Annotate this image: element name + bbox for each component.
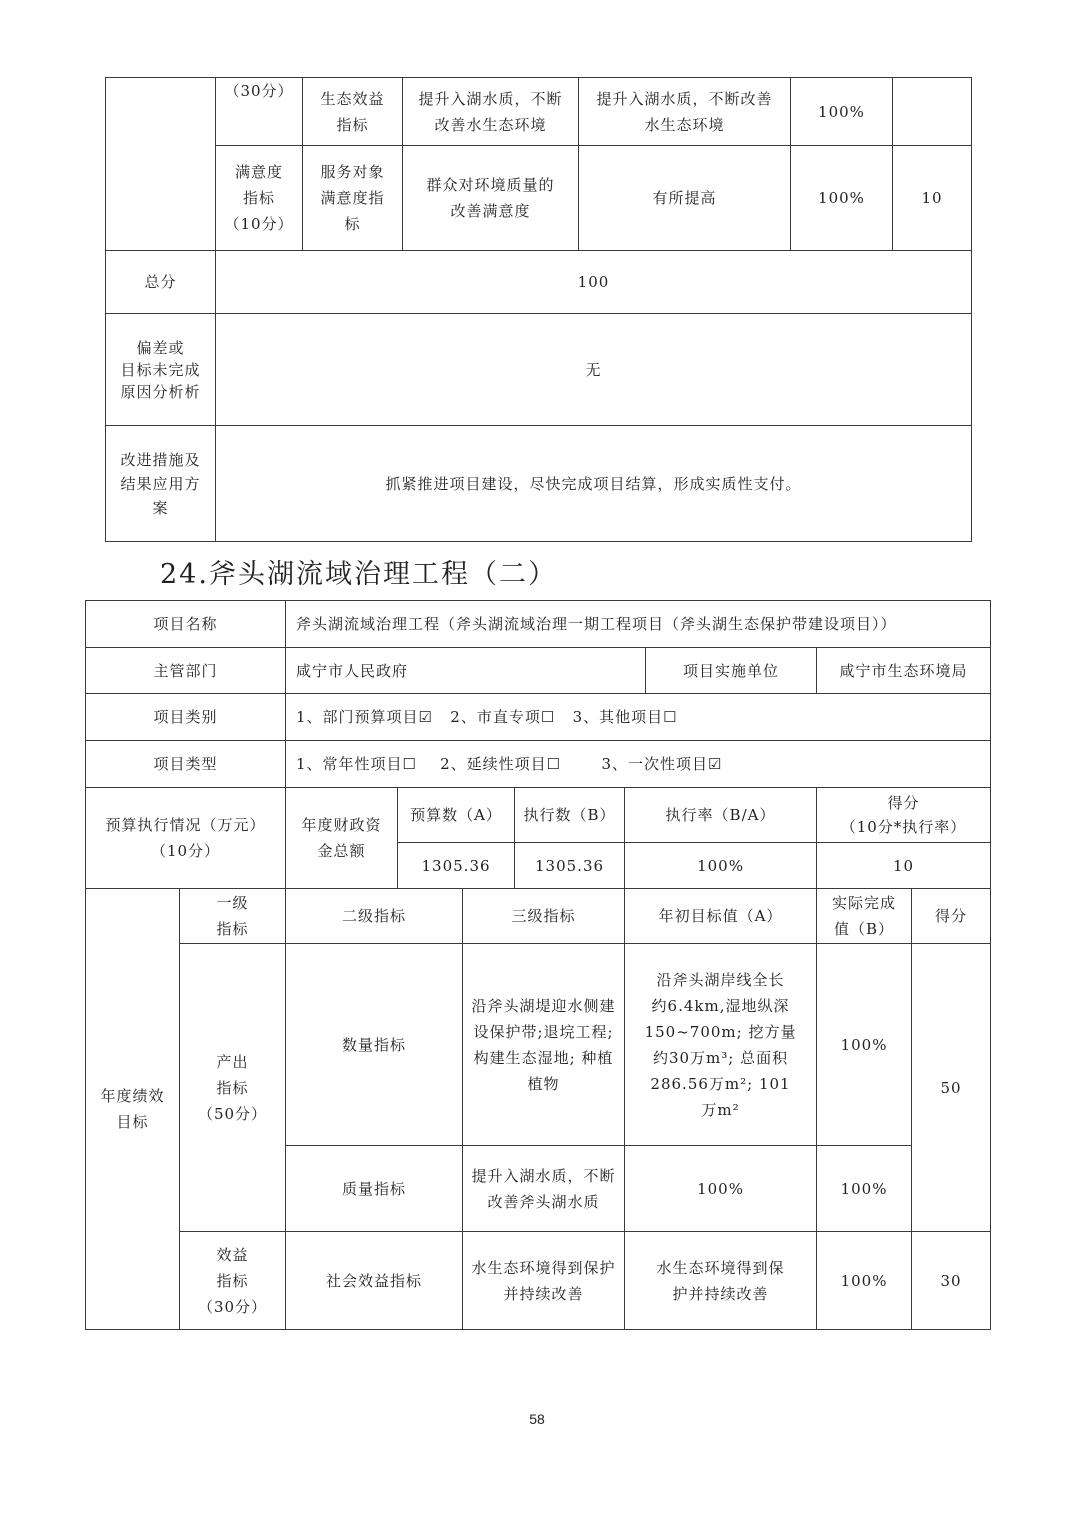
- project-name-label: 项目名称: [86, 601, 286, 648]
- budget-label: 预算执行情况（万元） （10分）: [86, 788, 286, 889]
- category-label: 项目类别: [86, 694, 286, 741]
- fund-total-label: 年度财政资 金总额: [286, 788, 398, 889]
- perf-header-actual: 实际完成 值（B）: [817, 889, 912, 944]
- category-value: 1、部门预算项目☑ 2、市直专项☐ 3、其他项目☐: [286, 694, 991, 741]
- budget-value-score: 10: [817, 843, 991, 889]
- quantity-level2: 数量指标: [286, 944, 463, 1146]
- quantity-target: 沿斧头湖岸线全长 约6.4km,湿地纵深 150~700m; 挖方量 约30万m…: [625, 944, 817, 1146]
- actual-cell: 100%: [791, 78, 893, 146]
- level1-benefit-cont: （30分）: [216, 78, 303, 146]
- section-heading: 24.斧头湖流域治理工程（二）: [160, 552, 557, 591]
- total-value: 100: [216, 251, 972, 314]
- budget-header-rate: 执行率（B/A）: [625, 788, 817, 843]
- annual-perf-label: 年度绩效 目标: [86, 889, 180, 1330]
- social-level2: 社会效益指标: [286, 1232, 463, 1330]
- quality-target: 100%: [625, 1146, 817, 1232]
- social-score: 30: [912, 1232, 991, 1330]
- perf-header-level3: 三级指标: [463, 889, 625, 944]
- budget-header-score: 得分 （10分*执行率）: [817, 788, 991, 843]
- dept-value: 咸宁市人民政府: [286, 648, 646, 694]
- page-number: 58: [0, 1411, 1074, 1427]
- blank-cell: [106, 78, 216, 251]
- quality-actual: 100%: [817, 1146, 912, 1232]
- budget-header-a: 预算数（A）: [398, 788, 515, 843]
- perf-header-level2: 二级指标: [286, 889, 463, 944]
- deviation-value: 无: [216, 314, 972, 426]
- quantity-actual: 100%: [817, 944, 912, 1146]
- budget-value-rate: 100%: [625, 843, 817, 889]
- dept-label: 主管部门: [86, 648, 286, 694]
- improvement-label: 改进措施及 结果应用方 案: [106, 426, 216, 542]
- actual-cell: 100%: [791, 146, 893, 251]
- impl-unit-label: 项目实施单位: [646, 648, 817, 694]
- performance-table-continued: （30分） 生态效益 指标 提升入湖水质，不断 改善水生态环境 提升入湖水质，不…: [105, 77, 972, 542]
- target-cell: 有所提高: [579, 146, 791, 251]
- deviation-label: 偏差或 目标未完成 原因分析析: [106, 314, 216, 426]
- impl-unit-value: 咸宁市生态环境局: [817, 648, 991, 694]
- type-label: 项目类型: [86, 741, 286, 788]
- perf-header-level1: 一级 指标: [180, 889, 286, 944]
- level2-cell: 生态效益 指标: [303, 78, 403, 146]
- social-actual: 100%: [817, 1232, 912, 1330]
- project-name-value: 斧头湖流域治理工程（斧头湖流域治理一期工程项目（斧头湖生态保护带建设项目））: [286, 601, 991, 648]
- level3-cell: 提升入湖水质，不断 改善水生态环境: [403, 78, 579, 146]
- output-score: 50: [912, 944, 991, 1232]
- benefit-indicator-label: 效益 指标 （30分）: [180, 1232, 286, 1330]
- budget-header-b: 执行数（B）: [515, 788, 625, 843]
- quality-level2: 质量指标: [286, 1146, 463, 1232]
- quality-level3: 提升入湖水质，不断 改善斧头湖水质: [463, 1146, 625, 1232]
- score-cell: 10: [893, 146, 972, 251]
- social-target: 水生态环境得到保 护并持续改善: [625, 1232, 817, 1330]
- total-label: 总分: [106, 251, 216, 314]
- type-value: 1、常年性项目☐ 2、延续性项目☐ 3、一次性项目☑: [286, 741, 991, 788]
- level1-satisfaction: 满意度 指标 （10分）: [216, 146, 303, 251]
- improvement-value: 抓紧推进项目建设，尽快完成项目结算，形成实质性支付。: [216, 426, 972, 542]
- level3-cell: 群众对环境质量的 改善满意度: [403, 146, 579, 251]
- target-cell: 提升入湖水质，不断改善 水生态环境: [579, 78, 791, 146]
- budget-value-a: 1305.36: [398, 843, 515, 889]
- budget-value-b: 1305.36: [515, 843, 625, 889]
- output-indicator-label: 产出 指标 （50分）: [180, 944, 286, 1232]
- level2-cell: 服务对象 满意度指 标: [303, 146, 403, 251]
- perf-header-score: 得分: [912, 889, 991, 944]
- perf-header-target: 年初目标值（A）: [625, 889, 817, 944]
- social-level3: 水生态环境得到保护 并持续改善: [463, 1232, 625, 1330]
- quantity-level3: 沿斧头湖堤迎水侧建 设保护带;退垸工程; 构建生态湿地; 种植 植物: [463, 944, 625, 1146]
- score-cell: [893, 78, 972, 146]
- project-performance-table: 项目名称 斧头湖流域治理工程（斧头湖流域治理一期工程项目（斧头湖生态保护带建设项…: [85, 600, 991, 1330]
